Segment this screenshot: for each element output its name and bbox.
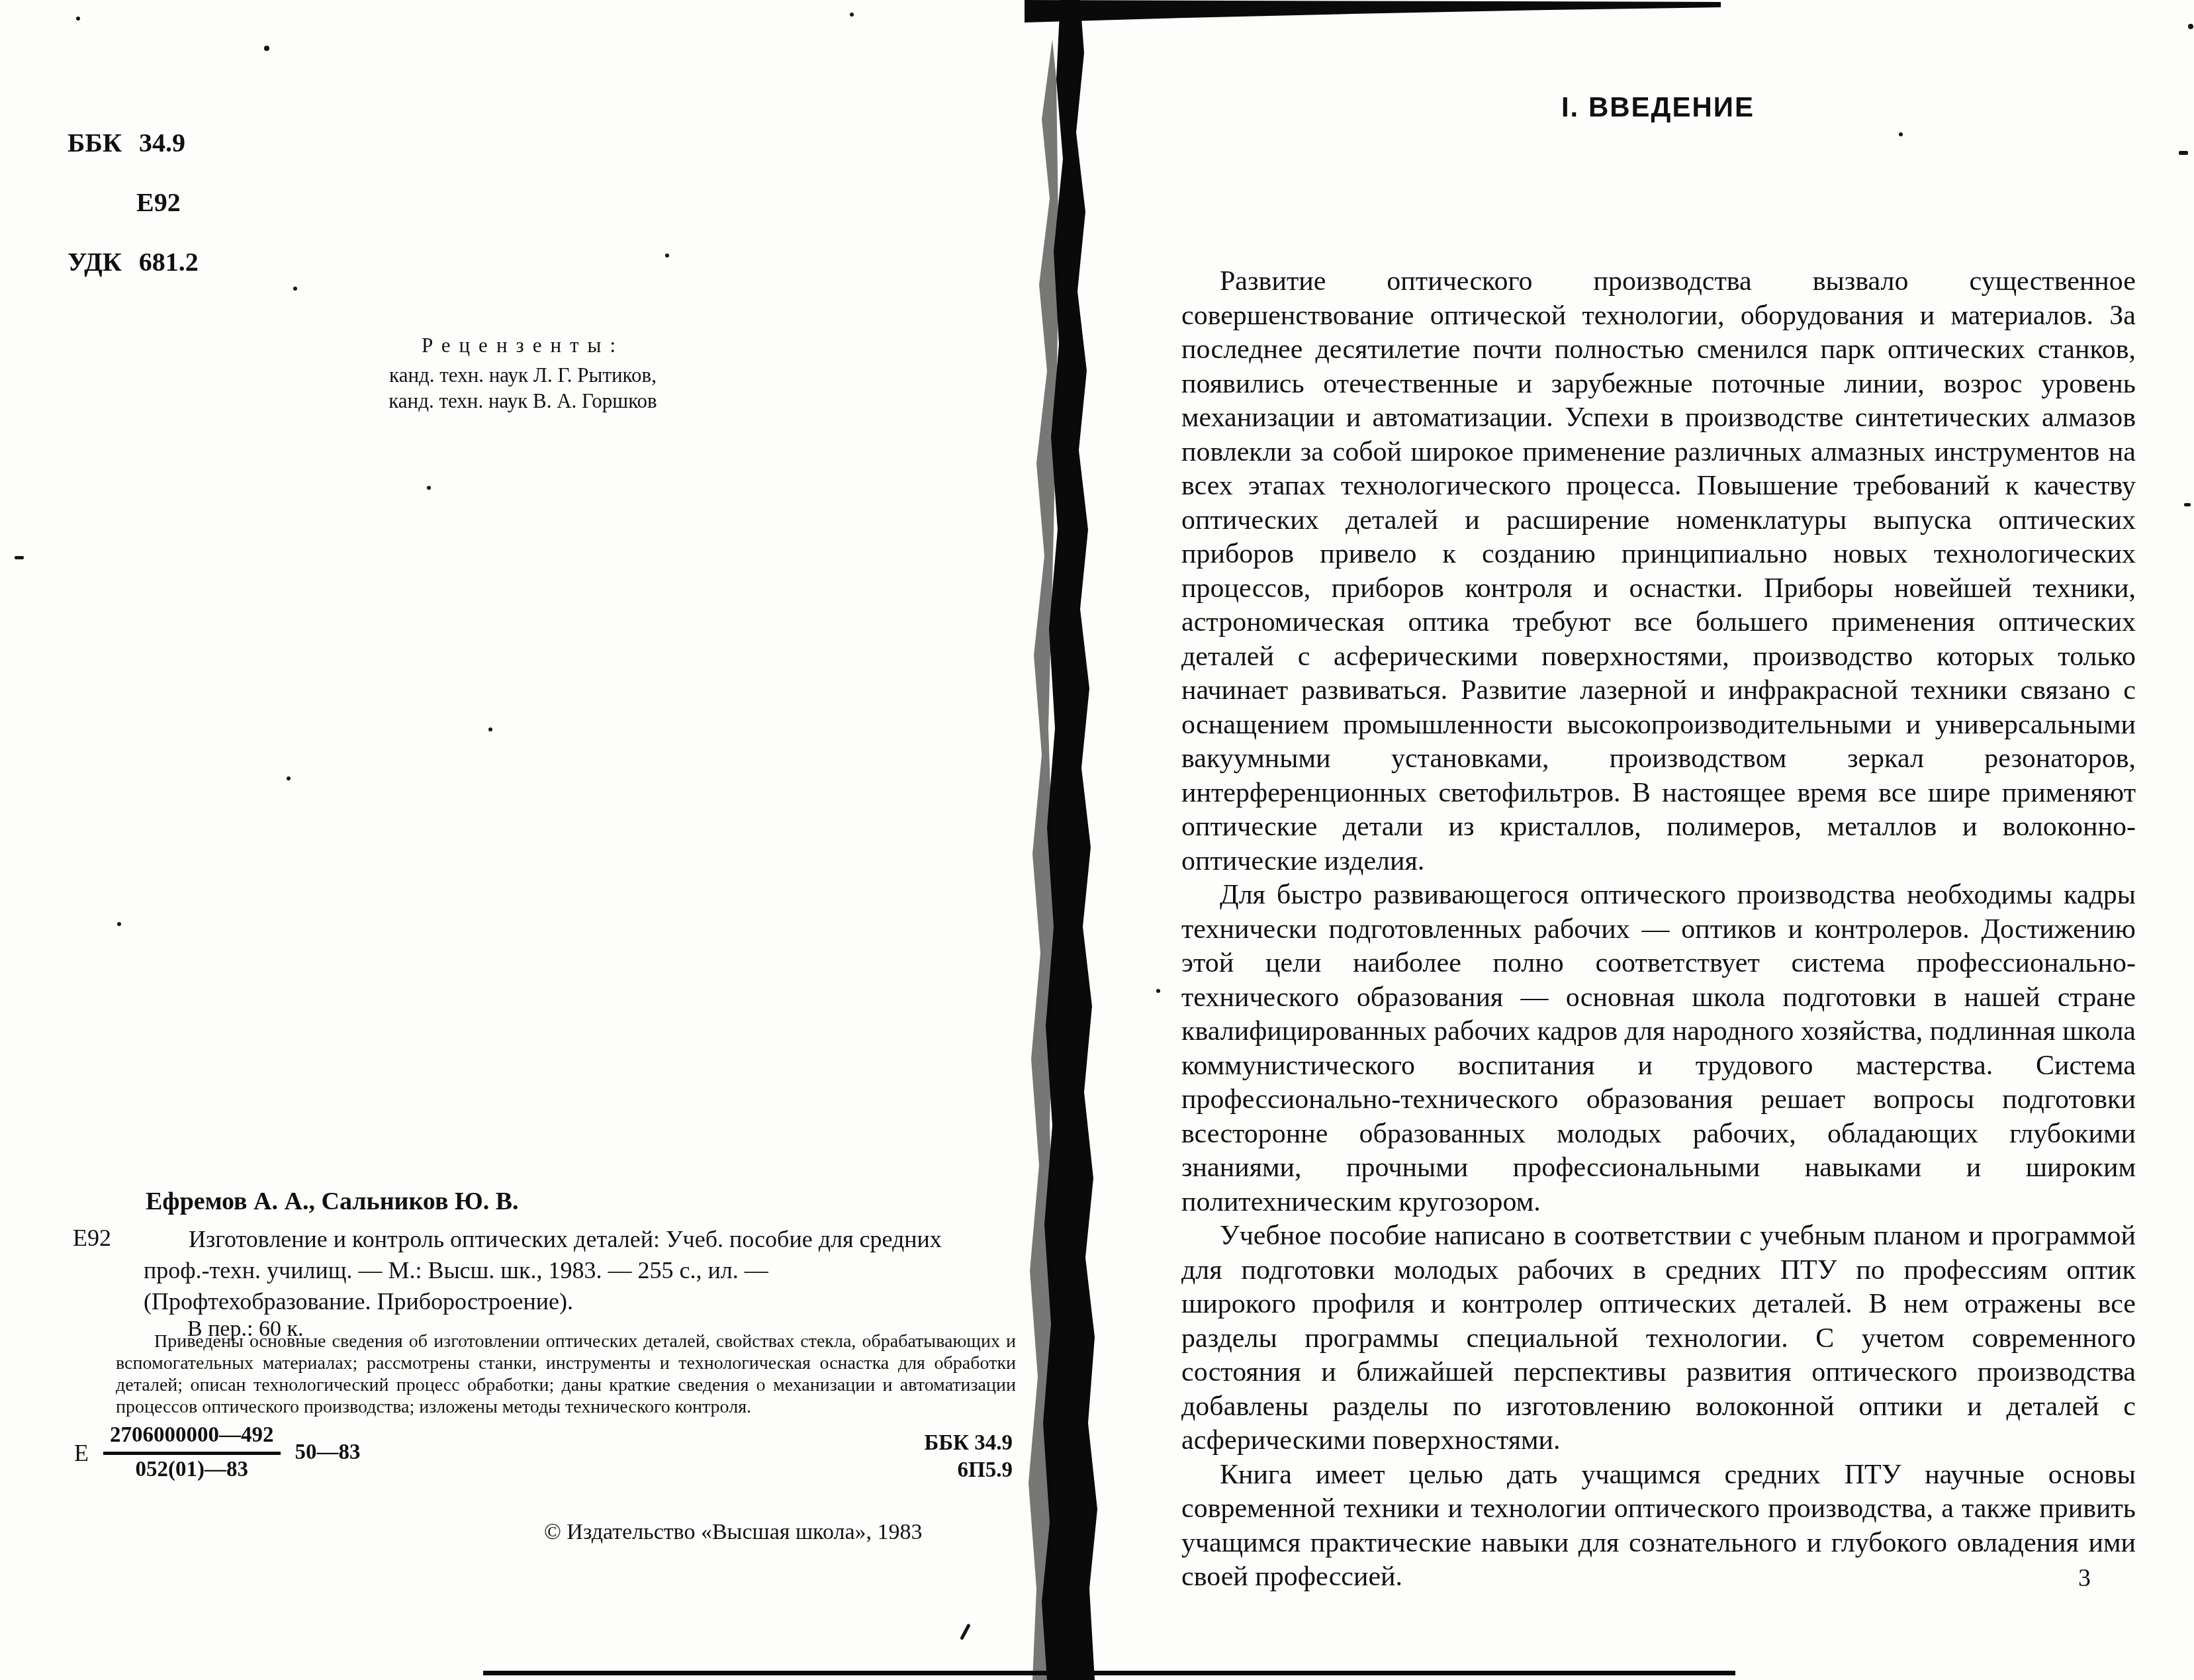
catalog-fraction: 2706000000—492 052(01)—83 — [103, 1423, 281, 1482]
reviewer-2: канд. техн. наук В. А. Горшков — [389, 389, 657, 412]
catalog-suffix: 50—83 — [295, 1440, 361, 1465]
catalog-number-block: Е 2706000000—492 052(01)—83 50—83 — [74, 1423, 361, 1482]
reviewer-1: канд. техн. наук Л. Г. Рытиков, — [389, 363, 657, 387]
reviewers-heading: Рецензенты: — [304, 332, 741, 358]
introduction-text: Развитие оптического производства вызвал… — [1181, 265, 2136, 1595]
udk-code: УДК 681.2 — [68, 247, 199, 277]
authors-line: Ефремов А. А., Сальников Ю. В. — [146, 1187, 519, 1216]
catalog-numerator: 2706000000—492 — [103, 1423, 281, 1455]
bbk-codes-right: ББК 34.9 6П5.9 — [880, 1430, 1013, 1484]
bibliographic-description: Изготовление и контроль оптических детал… — [144, 1224, 968, 1317]
reviewers-block: Рецензенты: канд. техн. наук Л. Г. Рытик… — [304, 332, 741, 414]
book-spread-scan: ББК 34.9 Е92 УДК 681.2 Рецензенты: канд.… — [0, 0, 2194, 1680]
paragraph-4: Книга имеет целью дать учащимся средних … — [1181, 1458, 2136, 1595]
page-number: 3 — [2078, 1563, 2091, 1593]
chapter-heading: I. ВВЕДЕНИЕ — [1181, 91, 2134, 123]
classification-codes: ББК 34.9 Е92 УДК 681.2 — [68, 98, 199, 277]
paragraph-2: Для быстро развивающегося оптического пр… — [1181, 878, 2136, 1219]
page-top-edge — [1025, 0, 1721, 23]
annotation-text: Приведены основные сведения об изготовле… — [116, 1330, 1016, 1418]
catalog-denominator: 052(01)—83 — [103, 1455, 281, 1482]
binding-gutter-shadow — [1042, 0, 1097, 1680]
copyright-line: © Издательство «Высшая школа», 1983 — [544, 1520, 923, 1545]
author-sign-code: Е92 — [68, 187, 181, 217]
paragraph-1: Развитие оптического производства вызвал… — [1181, 265, 2136, 878]
bbk-code: ББК 34.9 — [68, 128, 185, 158]
catalog-letter: Е — [74, 1439, 89, 1467]
gutter-fringe — [1028, 40, 1059, 1680]
margin-index-code: Е92 — [73, 1224, 111, 1252]
page-bottom-edge — [483, 1671, 1735, 1675]
paragraph-3: Учебное пособие написано в соответствии … — [1181, 1219, 2136, 1458]
